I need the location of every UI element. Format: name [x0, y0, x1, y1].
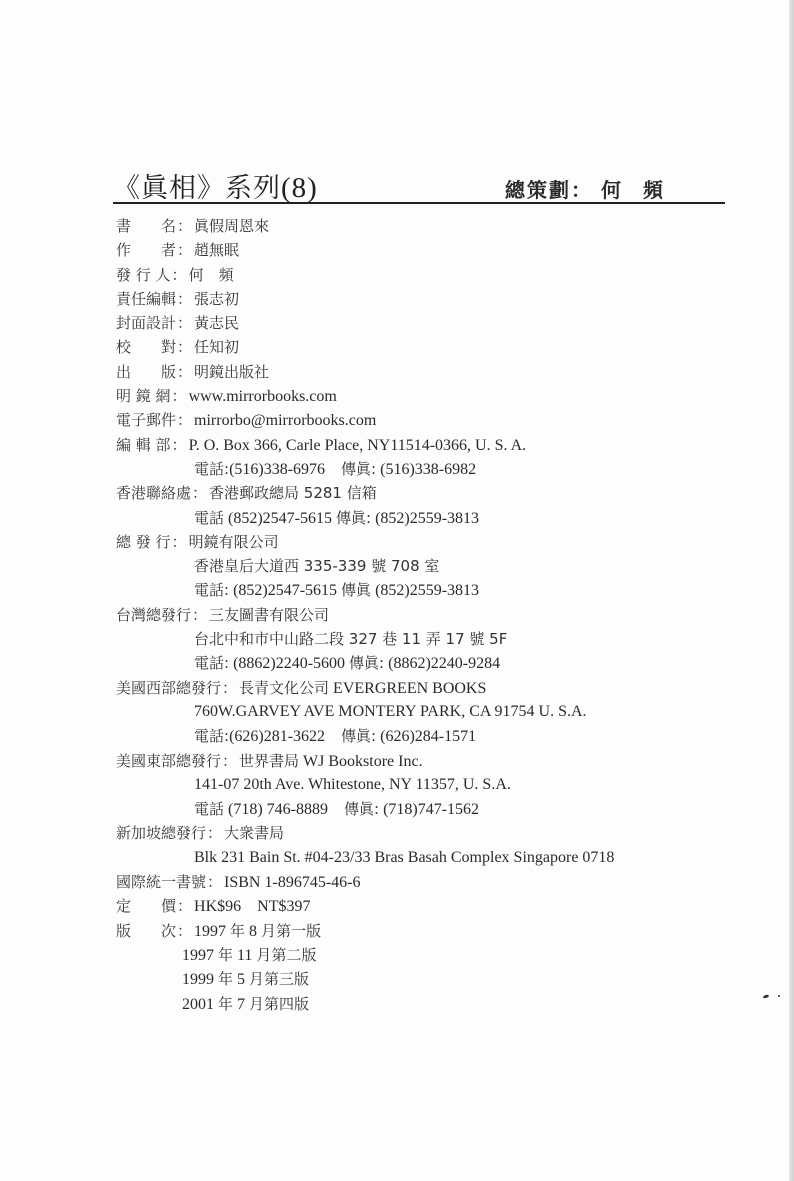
series-number: (8) — [281, 172, 318, 204]
us-east-distributor-address-row: 141-07 20th Ave. Whitestone, NY 11357, U… — [116, 773, 736, 797]
phone-number: (852)2547-5615 — [233, 582, 337, 599]
field-label: 編 輯 部 — [116, 433, 171, 457]
publisher-person-row: 發 行 人：何 頻 — [116, 263, 736, 287]
field-label: 國際統一書號 — [116, 870, 206, 894]
us-west-distributor-row: 美國西部總發行：長青文化公司 EVERGREEN BOOKS — [116, 676, 736, 700]
field-label: 出 版 — [116, 360, 176, 384]
us-west-distributor-phone-row: 電話:(626)281-3622傳眞: (626)284-1571 — [116, 724, 736, 748]
distributor-name: 明鏡有限公司 — [189, 533, 279, 551]
colon: ： — [207, 873, 222, 891]
edition-name: 第二版 — [271, 946, 316, 964]
distributor-name: 長青文化公司 — [239, 679, 329, 697]
hk-contact-row: 香港聯絡處：香港郵政總局 5281 信箱 — [116, 481, 736, 505]
series-title: 《眞相》系列(8) — [113, 166, 318, 205]
field-label: 新加坡總發行 — [116, 821, 206, 845]
editor-row: 責任編輯：張志初 — [116, 287, 736, 311]
us-east-distributor-row: 美國東部總發行：世界書局 WJ Bookstore Inc. — [116, 749, 736, 773]
colon: ： — [222, 679, 237, 697]
series-title-text: 《眞相》系列 — [113, 173, 281, 204]
book-title: 眞假周恩來 — [194, 217, 269, 235]
edition-year: 1997 — [194, 923, 226, 940]
phone-number: (516)338-6976 — [229, 461, 325, 478]
edition-month: 5 — [237, 971, 245, 988]
phone-label: 電話: — [194, 654, 229, 672]
phone-label: 電話 — [194, 509, 224, 527]
colon: ： — [177, 217, 192, 235]
distributor-name-en: WJ Bookstore Inc. — [303, 753, 423, 770]
proofreader-row: 校 對：任知初 — [116, 335, 736, 359]
colon: ： — [177, 897, 192, 915]
colon: ： — [177, 290, 192, 308]
editor-name: 張志初 — [194, 290, 239, 308]
publisher-row: 出 版：明鏡出版社 — [116, 360, 736, 384]
colon: ： — [177, 338, 192, 356]
general-distributor-phone-row: 電話: (852)2547-5615 傳眞 (852)2559-3813 — [116, 578, 736, 602]
colon: ： — [172, 533, 187, 551]
header-rule — [113, 202, 725, 204]
proofreader-name: 任知初 — [194, 338, 239, 356]
fax-number: (852)2559-3813 — [375, 582, 479, 599]
phone-label: 電話 — [194, 800, 224, 818]
edition-row: 2001 年 7 月第四版 — [116, 992, 736, 1016]
fax-number: (516)338-6982 — [380, 461, 476, 478]
author-name: 趙無眠 — [194, 241, 239, 259]
month-unit: 月 — [261, 922, 276, 940]
author-row: 作 者：趙無眠 — [116, 238, 736, 262]
cover-design-row: 封面設計：黃志民 — [116, 311, 736, 335]
website-link[interactable]: www.mirrorbooks.com — [189, 388, 337, 405]
scan-speck — [763, 994, 770, 999]
field-label: 美國西部總發行 — [116, 676, 221, 700]
fax-label: 傳眞: — [349, 654, 384, 672]
field-label: 香港聯絡處 — [116, 481, 191, 505]
email-link[interactable]: mirrorbo@mirrorbooks.com — [194, 412, 376, 429]
distributor-address: Blk 231 Bain St. #04-23/33 Bras Basah Co… — [194, 849, 614, 866]
colophon: 書 名：眞假周恩來 作 者：趙無眠 發 行 人：何 頻 責任編輯：張志初 封面設… — [116, 214, 736, 1016]
month-unit: 月 — [249, 995, 264, 1013]
edition-year: 1997 — [182, 947, 214, 964]
phone-label: 電話: — [194, 727, 229, 745]
field-label: 校 對 — [116, 335, 176, 359]
edition-month: 8 — [249, 923, 257, 940]
field-label: 版 次 — [116, 919, 176, 943]
field-label: 電子郵件 — [116, 408, 176, 432]
general-planner: 總策劃：何頻 — [505, 174, 685, 203]
edition-month: 7 — [237, 996, 245, 1013]
edition-year: 2001 — [182, 996, 214, 1013]
distributor-address: 台北中和市中山路二段 327 巷 11 弄 17 號 5F — [194, 630, 507, 648]
taiwan-distributor-row: 台灣總發行：三友圖書有限公司 — [116, 603, 736, 627]
edition-name: 第一版 — [276, 922, 321, 940]
phone-number: (718) 746-8889 — [228, 801, 328, 818]
distributor-address: 141-07 20th Ave. Whitestone, NY 11357, U… — [194, 776, 511, 793]
phone-label: 電話: — [194, 581, 229, 599]
colon: ： — [177, 363, 192, 381]
colon: ： — [177, 314, 192, 332]
fax-number: (626)284-1571 — [380, 728, 476, 745]
field-label: 作 者 — [116, 238, 176, 262]
colon: ： — [222, 752, 237, 770]
field-label: 美國東部總發行 — [116, 749, 221, 773]
colon: ： — [172, 436, 187, 454]
cover-designer: 黃志民 — [194, 314, 239, 332]
hk-address: 香港郵政總局 5281 信箱 — [209, 484, 377, 502]
phone-number: (852)2547-5615 — [228, 510, 332, 527]
scan-speck — [778, 995, 780, 997]
fax-number: (852)2559-3813 — [375, 510, 479, 527]
field-label: 總 發 行 — [116, 530, 171, 554]
hk-contact-phone-row: 電話 (852)2547-5615 傳眞: (852)2559-3813 — [116, 506, 736, 530]
month-unit: 月 — [256, 946, 271, 964]
year-unit: 年 — [230, 922, 245, 940]
planner-label: 總策劃： — [505, 178, 593, 202]
fax-label: 傳眞: — [344, 800, 379, 818]
year-unit: 年 — [218, 995, 233, 1013]
fax-label: 傳眞: — [336, 509, 371, 527]
colon: ： — [207, 824, 222, 842]
field-label: 台灣總發行 — [116, 603, 191, 627]
price-hk: HK$96 — [194, 898, 241, 915]
website-row: 明 鏡 網：www.mirrorbooks.com — [116, 384, 736, 408]
taiwan-distributor-address-row: 台北中和市中山路二段 327 巷 11 弄 17 號 5F — [116, 627, 736, 651]
year-unit: 年 — [218, 946, 233, 964]
planner-name: 何頻 — [601, 178, 685, 202]
publisher-person: 何 頻 — [189, 266, 234, 284]
isbn-number: ISBN 1-896745-46-6 — [224, 874, 360, 891]
phone-number: (8862)2240-5600 — [233, 655, 345, 672]
editorial-address: P. O. Box 366, Carle Place, NY11514-0366… — [189, 437, 527, 454]
price-nt: NT$397 — [257, 898, 310, 915]
distributor-name-en: EVERGREEN BOOKS — [333, 680, 486, 697]
distributor-name: 大衆書局 — [224, 824, 284, 842]
field-label: 發 行 人 — [116, 263, 171, 287]
field-label: 封面設計 — [116, 311, 176, 335]
colon: ： — [172, 387, 187, 405]
publisher-name: 明鏡出版社 — [194, 363, 269, 381]
field-label: 定 價 — [116, 894, 176, 918]
fax-label: 傳眞: — [341, 460, 376, 478]
edition-name: 第三版 — [264, 970, 309, 988]
colon: ： — [192, 606, 207, 624]
field-label: 書 名 — [116, 214, 176, 238]
edition-year: 1999 — [182, 971, 214, 988]
singapore-distributor-row: 新加坡總發行：大衆書局 — [116, 821, 736, 845]
year-unit: 年 — [218, 970, 233, 988]
field-label: 責任編輯 — [116, 287, 176, 311]
phone-number: (626)281-3622 — [229, 728, 325, 745]
colon: ： — [177, 922, 192, 940]
colon: ： — [192, 484, 207, 502]
page-edge-shadow — [789, 0, 794, 1181]
distributor-address: 760W.GARVEY AVE MONTERY PARK, CA 91754 U… — [194, 703, 587, 720]
us-west-distributor-address-row: 760W.GARVEY AVE MONTERY PARK, CA 91754 U… — [116, 700, 736, 724]
distributor-address: 香港皇后大道西 335-339 號 708 室 — [194, 557, 439, 575]
fax-label: 傳眞 — [341, 581, 371, 599]
edition-row: 1997 年 11 月第二版 — [116, 943, 736, 967]
edition-row: 版 次：1997 年 8 月第一版 — [116, 919, 736, 943]
singapore-distributor-address-row: Blk 231 Bain St. #04-23/33 Bras Basah Co… — [116, 846, 736, 870]
general-distributor-address-row: 香港皇后大道西 335-339 號 708 室 — [116, 554, 736, 578]
colon: ： — [177, 241, 192, 259]
colon: ： — [177, 411, 192, 429]
field-label: 明 鏡 網 — [116, 384, 171, 408]
edition-row: 1999 年 5 月第三版 — [116, 967, 736, 991]
editorial-contact-row: 電話:(516)338-6976傳眞: (516)338-6982 — [116, 457, 736, 481]
fax-label: 傳眞: — [341, 727, 376, 745]
phone-label: 電話: — [194, 460, 229, 478]
colon: ： — [172, 266, 187, 284]
fax-number: (718)747-1562 — [383, 801, 479, 818]
price-row: 定 價：HK$96NT$397 — [116, 894, 736, 918]
fax-number: (8862)2240-9284 — [388, 655, 500, 672]
distributor-name: 三友圖書有限公司 — [209, 606, 329, 624]
isbn-row: 國際統一書號：ISBN 1-896745-46-6 — [116, 870, 736, 894]
book-title-row: 書 名：眞假周恩來 — [116, 214, 736, 238]
taiwan-distributor-phone-row: 電話: (8862)2240-5600 傳眞: (8862)2240-9284 — [116, 651, 736, 675]
page-header: 《眞相》系列(8) 總策劃：何頻 — [113, 166, 725, 204]
edition-name: 第四版 — [264, 995, 309, 1013]
edition-month: 11 — [237, 947, 252, 964]
month-unit: 月 — [249, 970, 264, 988]
email-row: 電子郵件：mirrorbo@mirrorbooks.com — [116, 408, 736, 432]
general-distributor-row: 總 發 行：明鏡有限公司 — [116, 530, 736, 554]
editorial-dept-row: 編 輯 部：P. O. Box 366, Carle Place, NY1151… — [116, 433, 736, 457]
distributor-name: 世界書局 — [239, 752, 299, 770]
us-east-distributor-phone-row: 電話 (718) 746-8889傳眞: (718)747-1562 — [116, 797, 736, 821]
